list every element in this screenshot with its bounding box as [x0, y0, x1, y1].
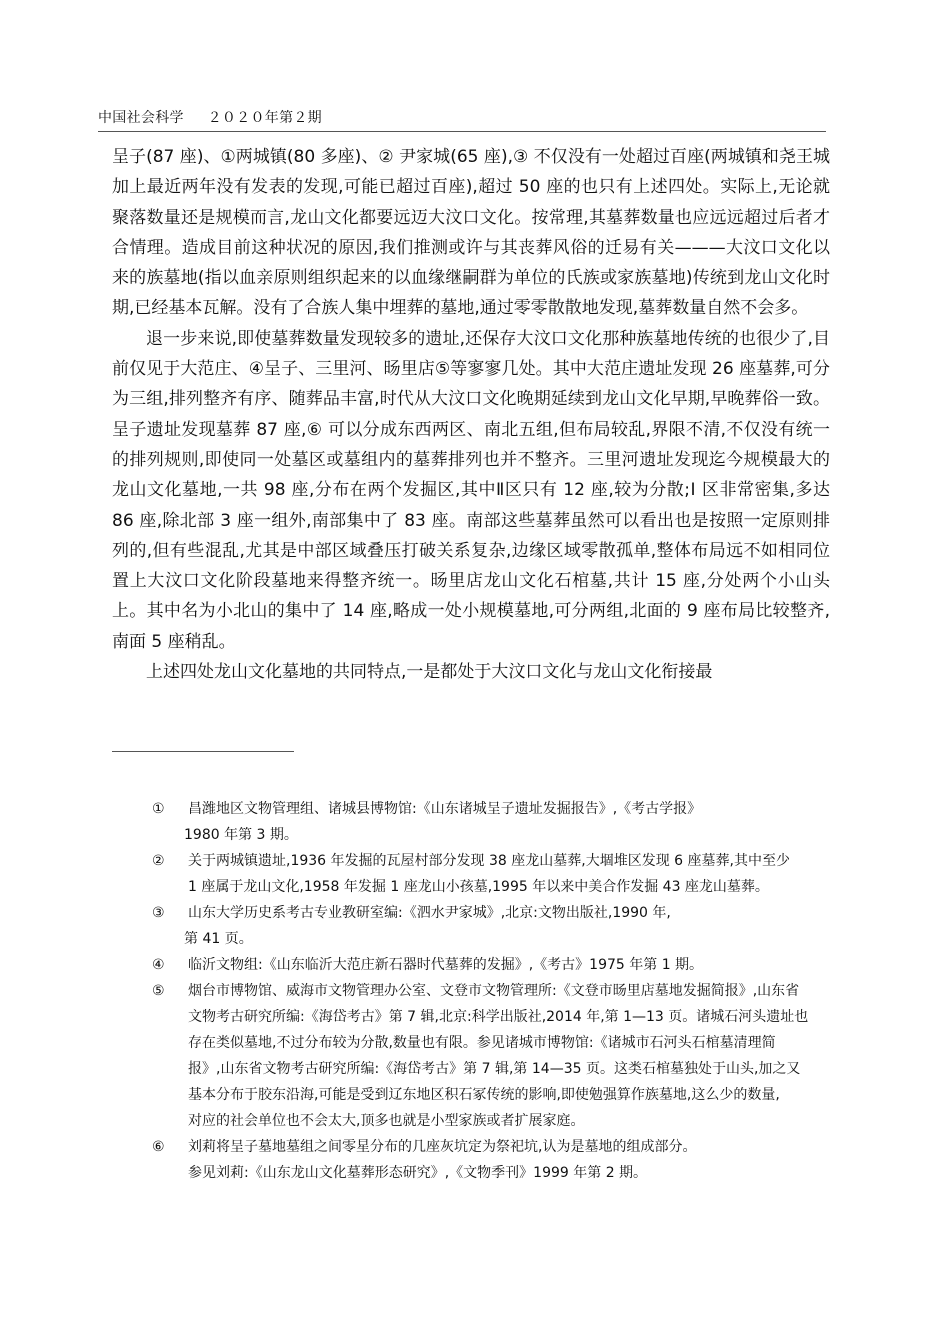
footnote-separator — [112, 751, 294, 752]
footnote-line: 1980 年第 3 期。 — [184, 822, 842, 848]
footnote-mark: ② — [152, 848, 165, 874]
footnotes: ① 昌潍地区文物管理组、诸城县博物馆:《山东诸城呈子遗址发掘报告》,《考古学报》… — [152, 796, 842, 1186]
footnote-line: 关于两城镇遗址,1936 年发掘的瓦屋村部分发现 38 座龙山墓葬,大堌堆区发现… — [188, 848, 842, 874]
footnote-line: 烟台市博物馆、威海市文物管理办公室、文登市文物管理所:《文登市旸里店墓地发掘简报… — [188, 978, 842, 1004]
footnote-line: 山东大学历史系考古专业教研室编:《泗水尹家城》,北京:文物出版社,1990 年, — [188, 900, 842, 926]
footnote-2: ② 关于两城镇遗址,1936 年发掘的瓦屋村部分发现 38 座龙山墓葬,大堌堆区… — [152, 848, 842, 900]
paragraph: 退一步来说,即使墓葬数量发现较多的遗址,还保存大汶口文化那种族墓地传统的也很少了… — [112, 324, 830, 657]
body-text: 呈子(87 座)、①两城镇(80 多座)、② 尹家城(65 座),③ 不仅没有一… — [112, 142, 830, 687]
footnote-line: 第 41 页。 — [184, 926, 842, 952]
footnote-mark: ③ — [152, 900, 165, 926]
footnote-line: 临沂文物组:《山东临沂大范庄新石器时代墓葬的发掘》,《考古》1975 年第 1 … — [188, 952, 842, 978]
footnote-4: ④ 临沂文物组:《山东临沂大范庄新石器时代墓葬的发掘》,《考古》1975 年第 … — [152, 952, 842, 978]
paragraph: 呈子(87 座)、①两城镇(80 多座)、② 尹家城(65 座),③ 不仅没有一… — [112, 142, 830, 324]
footnote-line: 存在类似墓地,不过分布较为分散,数量也有限。参见诸城市博物馆:《诸城市石河头石棺… — [188, 1030, 842, 1056]
footnote-mark: ④ — [152, 952, 165, 978]
issue-label: ２０２０年第２期 — [208, 110, 322, 126]
paragraph: 上述四处龙山文化墓地的共同特点,一是都处于大汶口文化与龙山文化衔接最 — [112, 657, 830, 687]
footnote-line: 文物考古研究所编:《海岱考古》第 7 辑,北京:科学出版社,2014 年,第 1… — [188, 1004, 842, 1030]
footnote-6: ⑥ 刘莉将呈子墓地墓组之间零星分布的几座灰坑定为祭祀坑,认为是墓地的组成部分。 … — [152, 1134, 842, 1186]
footnote-line: 对应的社会单位也不会太大,顶多也就是小型家族或者扩展家庭。 — [188, 1108, 842, 1134]
footnote-line: 昌潍地区文物管理组、诸城县博物馆:《山东诸城呈子遗址发掘报告》,《考古学报》 — [188, 796, 842, 822]
footnote-mark: ⑤ — [152, 978, 165, 1004]
footnote-mark: ⑥ — [152, 1134, 165, 1160]
footnote-line: 参见刘莉:《山东龙山文化墓葬形态研究》,《文物季刊》1999 年第 2 期。 — [188, 1160, 842, 1186]
journal-title: 中国社会科学 — [98, 110, 184, 126]
footnote-1: ① 昌潍地区文物管理组、诸城县博物馆:《山东诸城呈子遗址发掘报告》,《考古学报》… — [152, 796, 842, 848]
footnote-line: 1 座属于龙山文化,1958 年发掘 1 座龙山小孩墓,1995 年以来中美合作… — [188, 874, 842, 900]
footnote-3: ③ 山东大学历史系考古专业教研室编:《泗水尹家城》,北京:文物出版社,1990 … — [152, 900, 842, 952]
footnote-mark: ① — [152, 796, 165, 822]
footnote-line: 报》,山东省文物考古研究所编:《海岱考古》第 7 辑,第 14—35 页。这类石… — [188, 1056, 842, 1082]
footnote-5: ⑤ 烟台市博物馆、威海市文物管理办公室、文登市文物管理所:《文登市旸里店墓地发掘… — [152, 978, 842, 1134]
header-rule — [98, 131, 826, 132]
footnote-line: 基本分布于胶东沿海,可能是受到辽东地区积石冢传统的影响,即使勉强算作族墓地,这么… — [188, 1082, 842, 1108]
running-header: 中国社会科学 ２０２０年第２期 — [98, 108, 828, 128]
footnote-line: 刘莉将呈子墓地墓组之间零星分布的几座灰坑定为祭祀坑,认为是墓地的组成部分。 — [188, 1134, 842, 1160]
